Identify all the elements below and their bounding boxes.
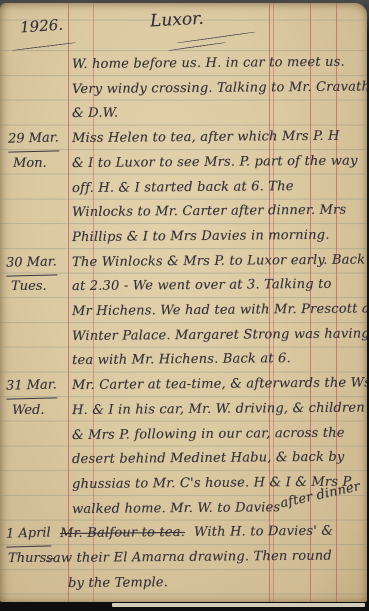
- diary-line: Very windy crossing. Talking to Mr. Crav…: [72, 74, 367, 102]
- diary-line: off. H. & I started back at 6. The: [72, 174, 294, 201]
- diary-line: Mr. Balfour to tea.With H. to Davies' &: [60, 519, 333, 546]
- diary-line: desert behind Medinet Habu, & back by: [72, 445, 345, 472]
- diary-line: W. home before us. H. in car to meet us.: [72, 50, 345, 77]
- page-title: Luxor.: [149, 8, 204, 33]
- diary-line: by the Temple.: [68, 570, 168, 596]
- struck-text: Mr. Balfour to tea.: [60, 525, 185, 541]
- year-label: 1926.: [19, 15, 63, 38]
- diary-line: & I to Luxor to see Mrs. P. part of the …: [72, 148, 358, 175]
- diary-line: & D.W.: [72, 101, 118, 126]
- page-edge: [112, 603, 365, 607]
- diary-line: Winlocks to Mr. Carter after dinner. Mrs: [72, 198, 347, 225]
- notebook-photo: 1926. Luxor. W. home before us. H. in ca…: [0, 0, 369, 611]
- diary-line: Miss Helen to tea, after which Mrs P. H: [72, 124, 340, 151]
- diary-line: & Mrs P. following in our car, across th…: [72, 420, 345, 447]
- entry-day: Tues.: [11, 274, 47, 299]
- diary-line: walked home. Mr. W. to Daviesafter dinne…: [72, 494, 366, 522]
- margin-line-left-1: [68, 3, 69, 602]
- diary-line-text: walked home. Mr. W. to Davies: [72, 500, 280, 517]
- entry-date: 29 Mar.: [8, 125, 59, 152]
- diary-line: The Winlocks & Mrs P. to Luxor early. Ba…: [72, 247, 365, 275]
- entry-date: 31 Mar.: [6, 372, 57, 399]
- diary-line: Winter Palace. Margaret Strong was havin…: [72, 321, 367, 349]
- entry-date: 30 Mar.: [6, 249, 57, 276]
- diary-line: tea with Mr. Hichens. Back at 6.: [72, 346, 291, 373]
- diary-line: Mr Hichens. We had tea with Mr. Prescott…: [72, 296, 367, 324]
- diary-line: saw their El Amarna drawing. Then round: [46, 544, 332, 571]
- diary-page: 1926. Luxor. W. home before us. H. in ca…: [0, 3, 367, 602]
- entry-day: Wed.: [12, 398, 44, 423]
- diary-line: H. & I in his car, Mr. W. driving, & chi…: [72, 395, 365, 423]
- diary-line: Mr. Carter at tea-time, & afterwards the…: [72, 370, 367, 398]
- diary-line: Phillips & I to Mrs Davies in morning.: [72, 223, 330, 250]
- diary-line-text: With H. to Davies' &: [194, 524, 333, 540]
- entry-date: 1 April: [6, 521, 51, 548]
- diary-line: at 2.30 - We went over at 3. Talking to: [72, 272, 332, 299]
- entry-day: Mon.: [13, 151, 47, 176]
